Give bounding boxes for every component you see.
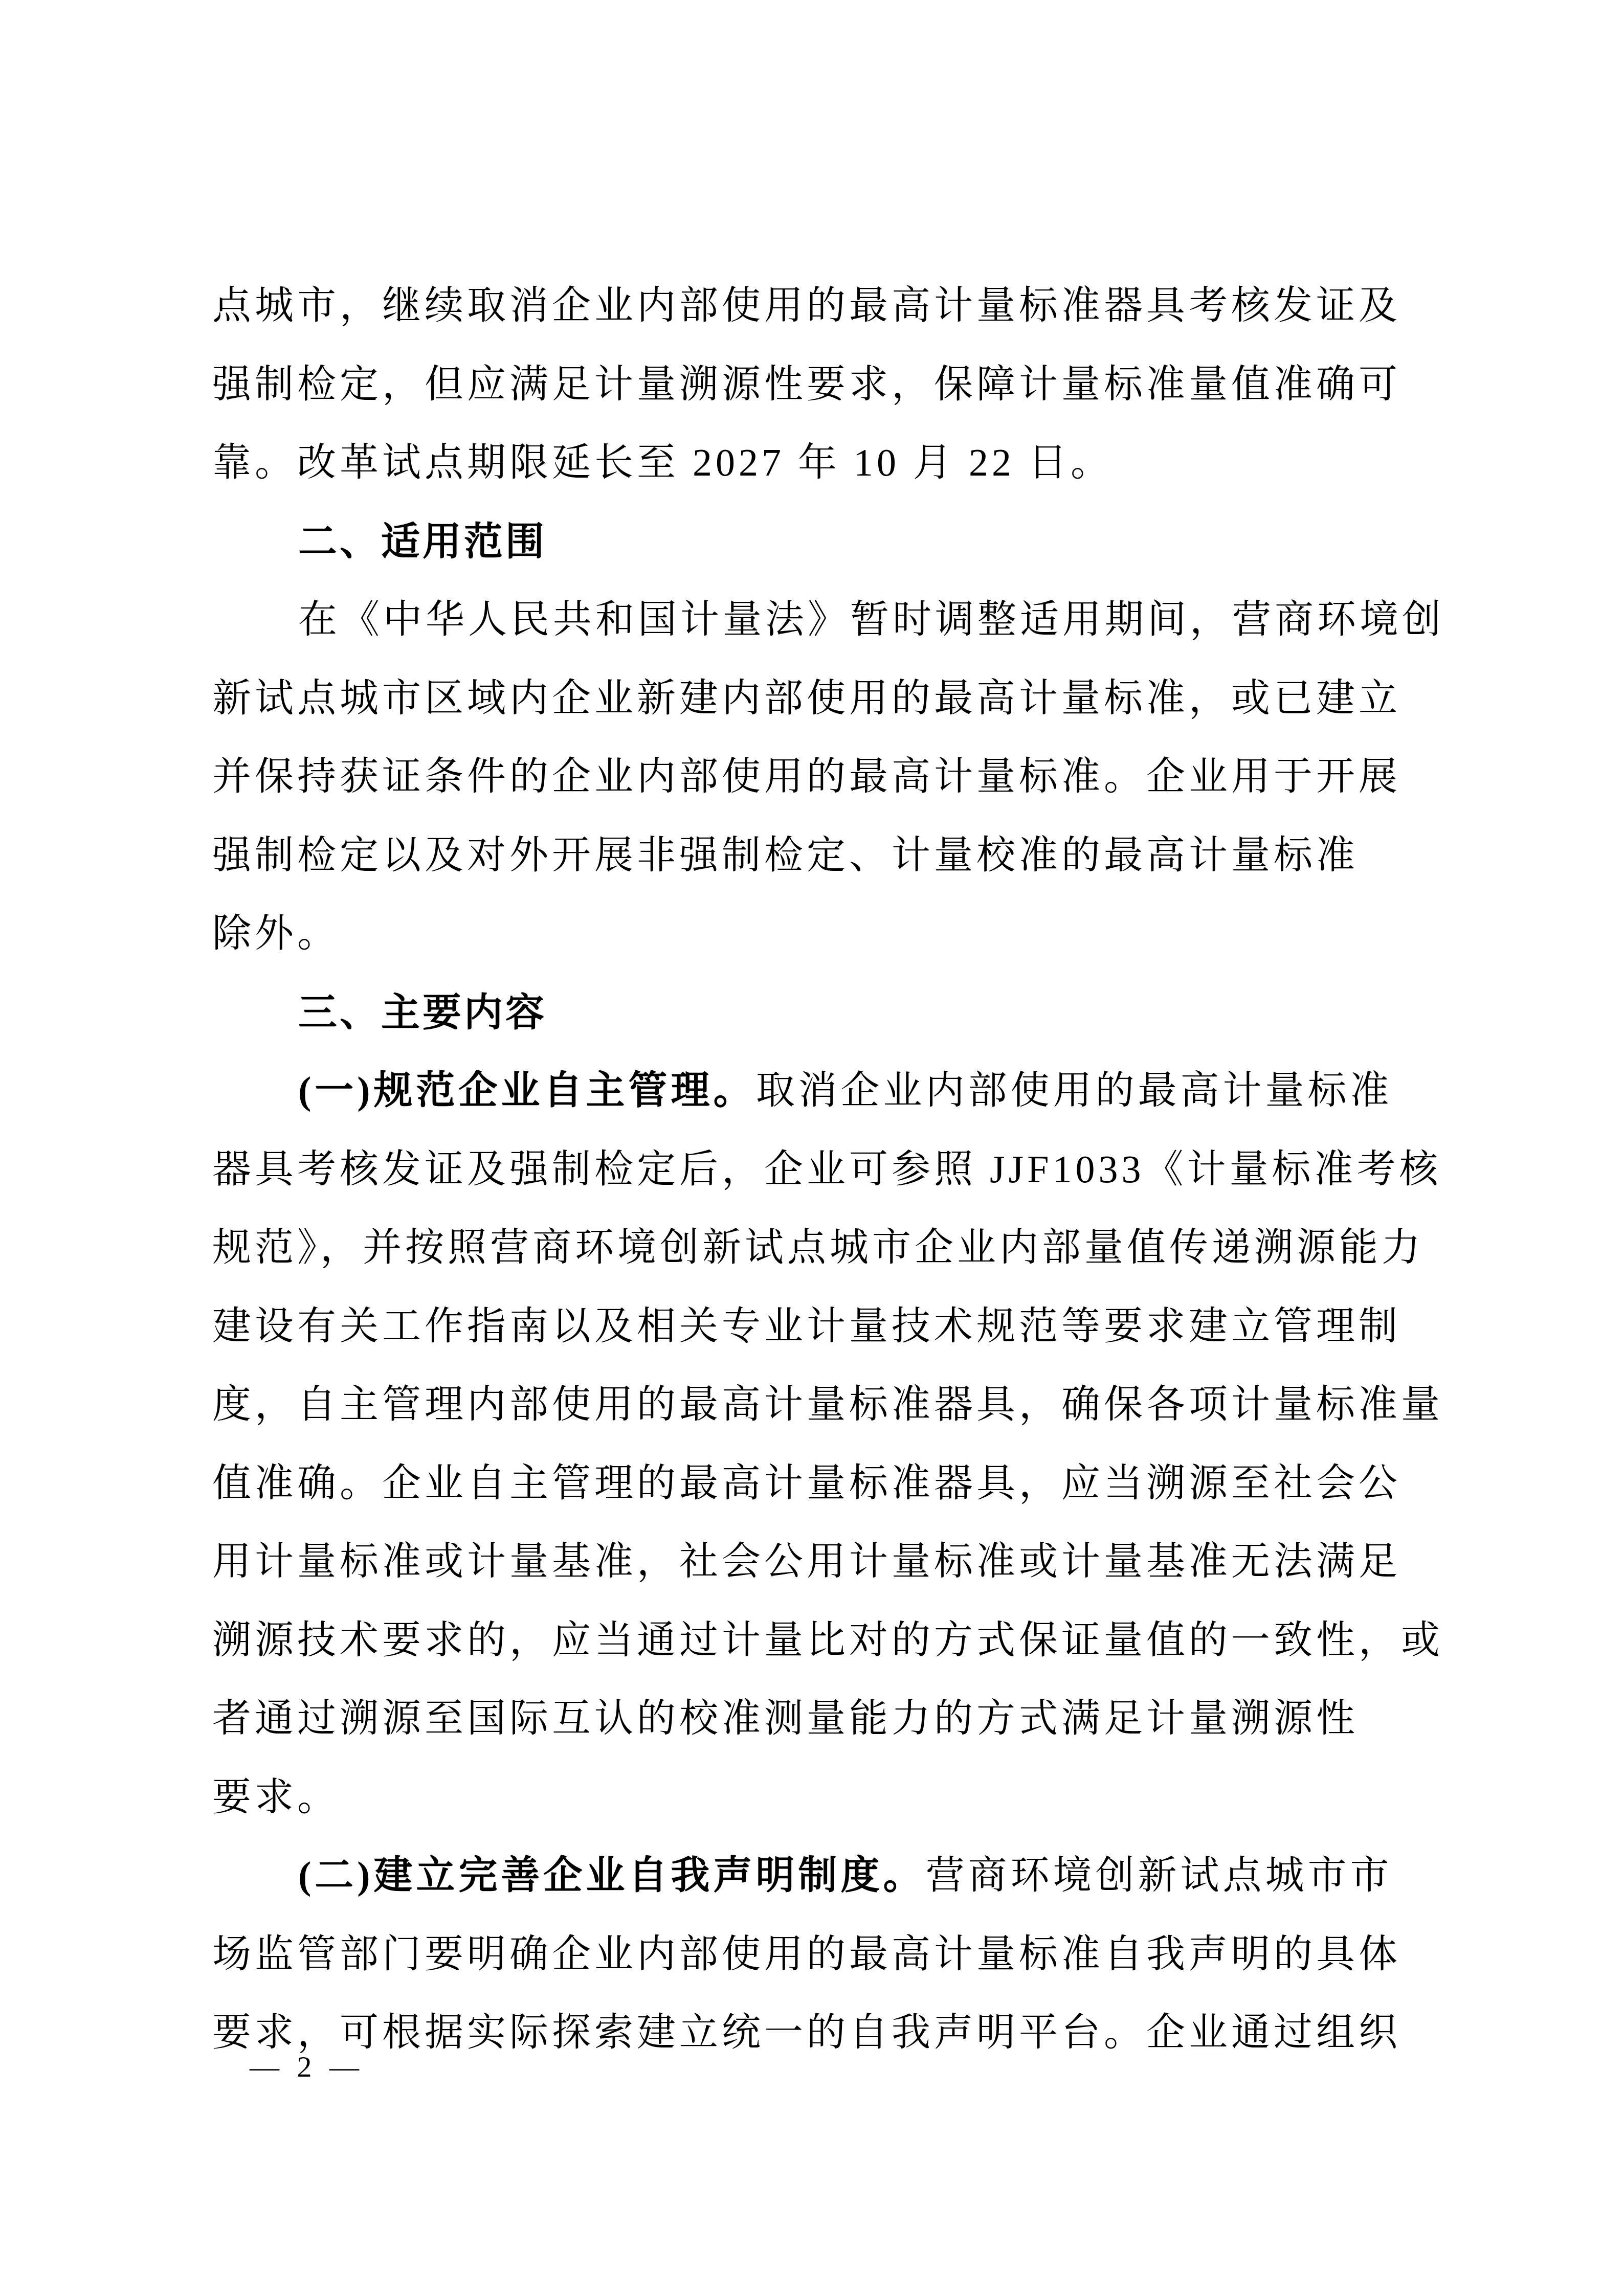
text-run: 取消企业内部使用的最高计量标准 <box>756 1069 1393 1112</box>
text-line: 器具考核发证及强制检定后，企业可参照 JJF1033《计量标准考核 <box>212 1131 1414 1209</box>
text-line: 强制检定，但应满足计量溯源性要求，保障计量标准量值准确可 <box>212 346 1414 424</box>
text-line: 强制检定以及对外开展非强制检定、计量校准的最高计量标准 <box>212 817 1414 895</box>
text-line: 靠。改革试点期限延长至 2027 年 10 月 22 日。 <box>212 424 1414 503</box>
text-line: 点城市，继续取消企业内部使用的最高计量标准器具考核发证及 <box>212 267 1414 346</box>
text-line: 并保持获证条件的企业内部使用的最高计量标准。企业用于开展 <box>212 738 1414 817</box>
text-line: 规范》，并按照营商环境创新试点城市企业内部量值传递溯源能力 <box>212 1209 1414 1288</box>
text-line: (一)规范企业自主管理。取消企业内部使用的最高计量标准 <box>212 1052 1414 1131</box>
page-number: — 2 — <box>250 2046 364 2087</box>
run-in-heading-item-1: (一)规范企业自主管理。 <box>298 1069 756 1112</box>
document-body: 点城市，继续取消企业内部使用的最高计量标准器具考核发证及 强制检定，但应满足计量… <box>212 267 1414 2073</box>
text-line: 值准确。企业自主管理的最高计量标准器具，应当溯源至社会公 <box>212 1445 1414 1523</box>
text-line: 要求，可根据实际探索建立统一的自我声明平台。企业通过组织 <box>212 1994 1414 2073</box>
text-line: 度，自主管理内部使用的最高计量标准器具，确保各项计量标准量 <box>212 1366 1414 1445</box>
document-page: 点城市，继续取消企业内部使用的最高计量标准器具考核发证及 强制检定，但应满足计量… <box>0 0 1624 2296</box>
text-line: 除外。 <box>212 895 1414 974</box>
text-line: 要求。 <box>212 1759 1414 1837</box>
text-line: 用计量标准或计量基准，社会公用计量标准或计量基准无法满足 <box>212 1523 1414 1602</box>
text-line: 者通过溯源至国际互认的校准测量能力的方式满足计量溯源性 <box>212 1680 1414 1759</box>
text-line: 场监管部门要明确企业内部使用的最高计量标准自我声明的具体 <box>212 1916 1414 1994</box>
section-heading-main-content: 三、主要内容 <box>212 974 1414 1052</box>
text-line: (二)建立完善企业自我声明制度。营商环境创新试点城市市 <box>212 1837 1414 1916</box>
text-run: 营商环境创新试点城市市 <box>926 1854 1393 1897</box>
text-line: 新试点城市区域内企业新建内部使用的最高计量标准，或已建立 <box>212 660 1414 738</box>
run-in-heading-item-2: (二)建立完善企业自我声明制度。 <box>298 1854 926 1897</box>
text-line: 溯源技术要求的，应当通过计量比对的方式保证量值的一致性，或 <box>212 1602 1414 1680</box>
section-heading-scope: 二、适用范围 <box>212 503 1414 581</box>
text-line: 建设有关工作指南以及相关专业计量技术规范等要求建立管理制 <box>212 1288 1414 1366</box>
text-line: 在《中华人民共和国计量法》暂时调整适用期间，营商环境创 <box>212 581 1414 660</box>
